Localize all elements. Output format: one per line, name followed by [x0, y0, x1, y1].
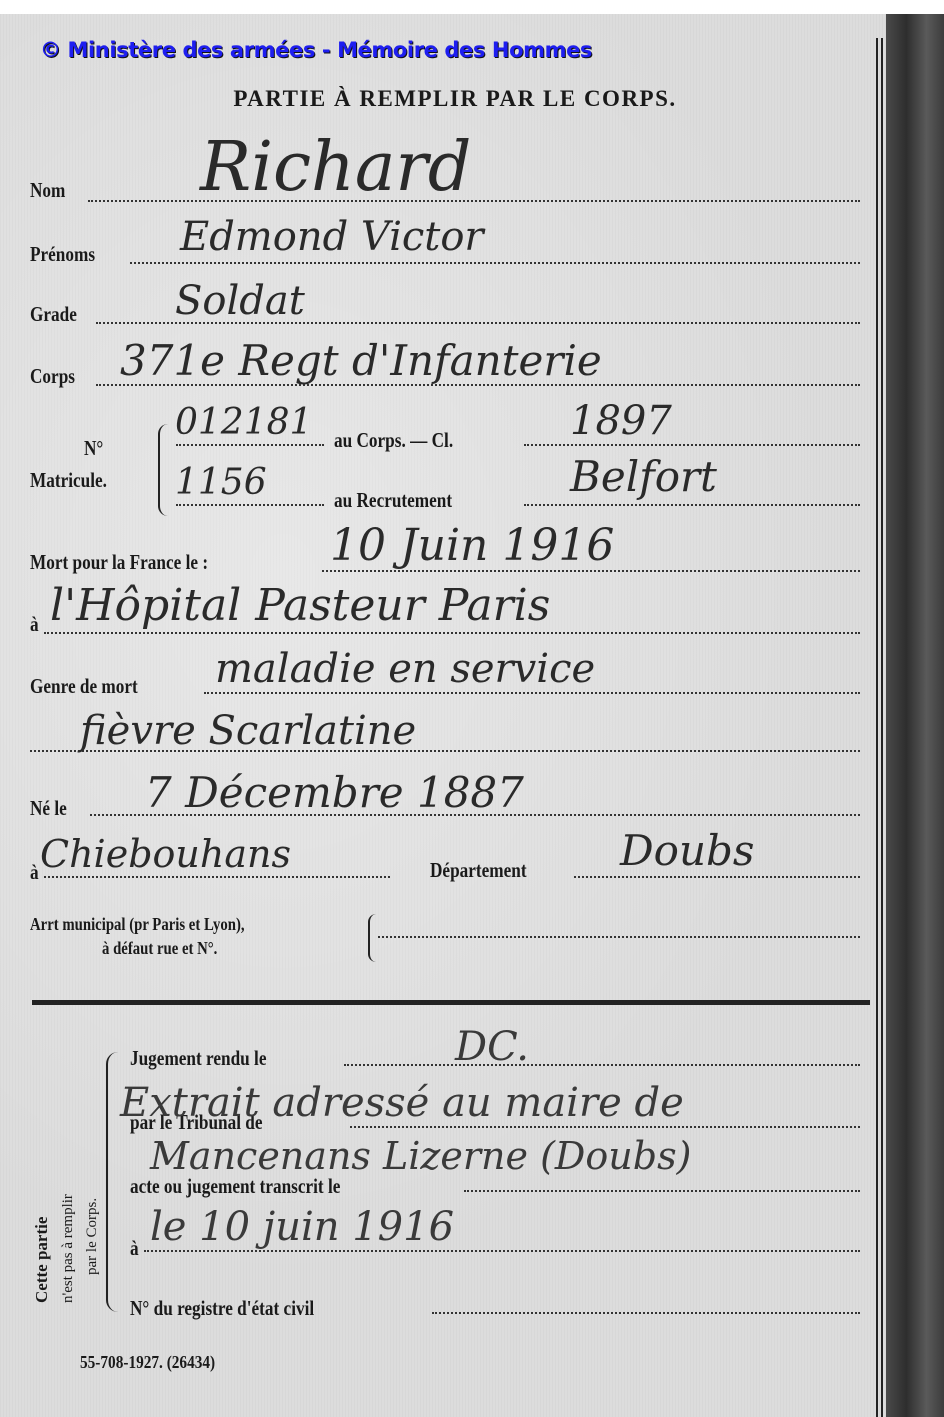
form-reference: 55-708-1927. (26434) [80, 1352, 215, 1373]
label-departement: Département [430, 858, 527, 883]
brace [158, 424, 168, 516]
value-classe: 1897 [570, 398, 672, 444]
value-matricule-recrutement: 1156 [175, 462, 267, 503]
form-title: PARTIE À REMPLIR PAR LE CORPS. [0, 86, 910, 112]
dotted-line [144, 1250, 860, 1252]
section-divider [32, 1000, 870, 1005]
label-arrondissement-2: à défaut rue et N°. [102, 938, 217, 959]
value-mort-date: 10 Juin 1916 [330, 520, 614, 571]
dotted-line [464, 1190, 860, 1192]
dotted-line [574, 876, 860, 878]
label-mort: Mort pour la France le : [30, 550, 208, 575]
value-recrutement-lieu: Belfort [570, 452, 717, 501]
side-note-line: Cette partie [32, 1217, 52, 1303]
value-acte: Mancenans Lizerne (Doubs) [150, 1134, 691, 1178]
dotted-line [44, 632, 860, 634]
dotted-line [44, 876, 390, 878]
label-lieu-transcription: à [130, 1236, 139, 1261]
dotted-line [524, 444, 860, 446]
label-ne-le: Né le [30, 796, 67, 821]
margin-rule [876, 38, 878, 1417]
label-registre: N° du registre d'état civil [130, 1296, 314, 1321]
label-arrondissement: Arrt municipal (pr Paris et Lyon), [30, 914, 245, 935]
value-matricule-corps: 012181 [175, 402, 312, 443]
value-lieu-transcription: le 10 juin 1916 [150, 1204, 454, 1250]
value-genre-mort-2: fièvre Scarlatine [80, 708, 416, 754]
value-tribunal: Extrait adressé au maire de [120, 1080, 684, 1126]
dotted-line [432, 1312, 860, 1314]
dotted-line [378, 936, 860, 938]
label-au-corps: au Corps. — Cl. [334, 428, 453, 453]
dotted-line [176, 444, 324, 446]
value-lieu-mort: l'Hôpital Pasteur Paris [50, 580, 550, 631]
margin-rule [881, 38, 883, 1417]
label-prenoms: Prénoms [30, 242, 95, 267]
dotted-line [344, 1064, 860, 1066]
label-jugement: Jugement rendu le [130, 1046, 266, 1071]
label-lieu-mort: à [30, 612, 39, 637]
value-departement: Doubs [620, 826, 754, 875]
value-prenoms: Edmond Victor [180, 214, 484, 260]
brace [368, 914, 376, 962]
label-lieu-naissance: à [30, 860, 39, 885]
value-nom: Richard [200, 128, 471, 207]
side-note-line: par le Corps. [84, 1198, 101, 1275]
dotted-line [204, 692, 860, 694]
value-genre-mort-1: maladie en service [215, 646, 595, 692]
label-genre-mort: Genre de mort [30, 674, 138, 699]
value-grade: Soldat [175, 278, 305, 324]
value-lieu-naissance: Chiebouhans [40, 832, 291, 876]
dotted-line [130, 262, 860, 264]
label-corps: Corps [30, 364, 75, 389]
value-corps: 371e Regt d'Infanterie [120, 336, 602, 385]
label-numero: N° [84, 436, 103, 461]
side-note-line: n'est pas à remplir [60, 1194, 77, 1303]
dotted-line [350, 1126, 860, 1128]
brace [106, 1052, 118, 1312]
dotted-line [176, 504, 324, 506]
label-grade: Grade [30, 302, 77, 327]
binding-edge [886, 14, 944, 1417]
label-au-recrutement: au Recrutement [334, 488, 452, 513]
label-nom: Nom [30, 178, 65, 203]
copyright-watermark: © Ministère des armées - Mémoire des Hom… [40, 38, 592, 62]
value-naissance-date: 7 Décembre 1887 [145, 768, 524, 817]
dotted-line [524, 504, 860, 506]
value-jugement: DC. [455, 1024, 529, 1070]
label-matricule: Matricule. [30, 468, 107, 493]
